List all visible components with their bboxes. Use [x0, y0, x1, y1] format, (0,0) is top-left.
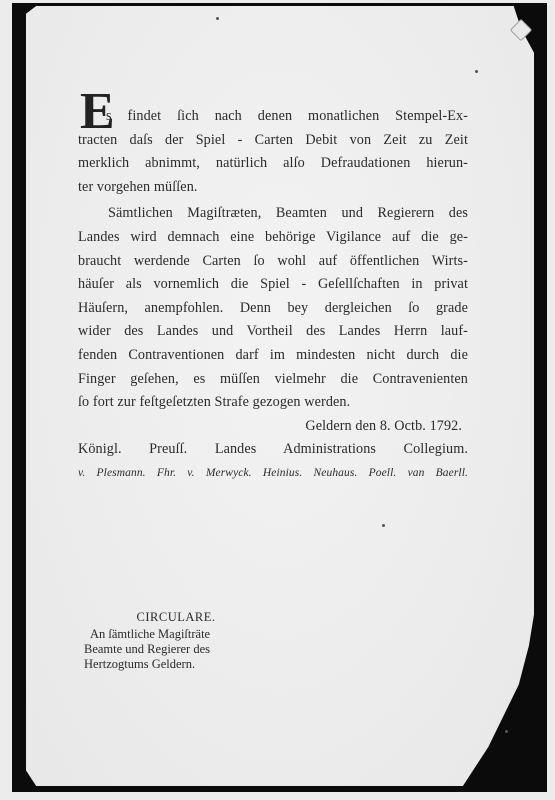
text-line: ter vorgehen müſſen.	[78, 176, 468, 200]
circulare-title: CIRCULARE.	[98, 610, 254, 625]
text-line: fenden Contraventionen darf im mindesten…	[78, 344, 468, 368]
address-block: CIRCULARE. An ſämtliche Magiſträte Beamt…	[84, 610, 254, 672]
paper-speck	[475, 70, 478, 73]
scan-margin-right	[547, 0, 555, 800]
text-line: Finger geſehen, es müſſen vielmehr die C…	[78, 368, 468, 392]
text-line: braucht werdende Carten ſo wohl auf öffe…	[78, 250, 468, 274]
paragraph-stamp-revenue: s findet ſich nach denen monatlichen Ste…	[78, 90, 468, 199]
signers-line: v. Plesmann. Fhr. v. Merwyck. Heinius. N…	[78, 462, 468, 486]
text-line: wider des Landes und Vortheil des Landes…	[78, 320, 468, 344]
text-line: merklich abnimmt, natürlich alſo Defraud…	[78, 152, 468, 176]
scan-margin-bottom	[0, 792, 555, 800]
address-line: Hertzogtums Geldern.	[84, 657, 254, 672]
text-line: Sämtlichen Magiſtræten, Beamten und Regi…	[78, 202, 468, 226]
text-line: Häuſern, anempfohlen. Denn bey dergleich…	[78, 297, 468, 321]
text-line: s findet ſich nach denen monatlichen Ste…	[78, 105, 468, 129]
circular-body: s findet ſich nach denen monatlichen Ste…	[78, 90, 468, 486]
text-line: ſo fort zur feſtgeſetzten Strafe gezogen…	[78, 391, 468, 415]
date-line: Geldern den 8. Octb. 1792.	[78, 415, 468, 439]
paragraph-vigilance-order: Sämtlichen Magiſtræten, Beamten und Regi…	[78, 202, 468, 414]
paper-speck	[382, 524, 385, 527]
text-line: häuſer als vornemlich die Spiel - Geſell…	[78, 273, 468, 297]
issuer-line: Königl. Preuſſ. Landes Administrations C…	[78, 438, 468, 462]
text-line: tracten daſs der Spiel - Carten Debit vo…	[78, 129, 468, 153]
paper-speck	[216, 17, 219, 20]
paper-speck	[505, 730, 508, 733]
scan-margin-left	[0, 0, 12, 800]
address-line: An ſämtliche Magiſträte	[84, 627, 254, 642]
text-line: Landes wird demnach eine behörige Vigila…	[78, 226, 468, 250]
address-line: Beamte und Regierer des	[84, 642, 254, 657]
